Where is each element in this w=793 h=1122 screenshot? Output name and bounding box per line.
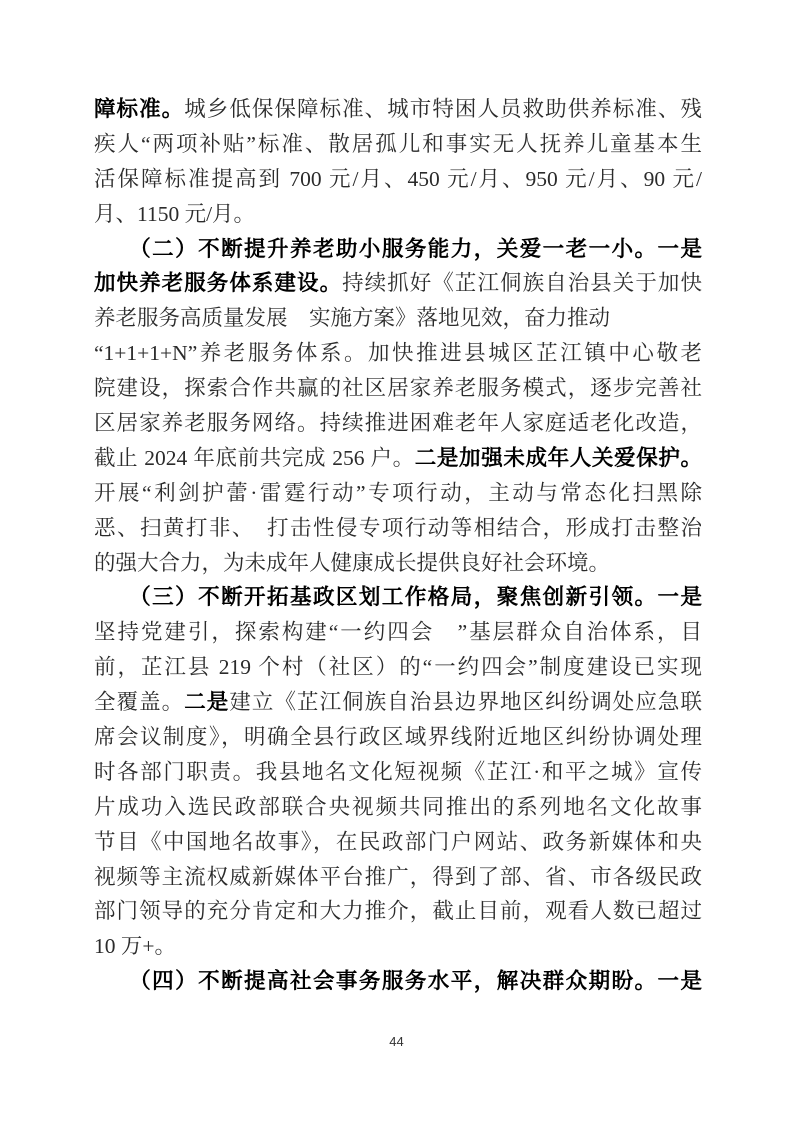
text-run: 时各部门职责。我县地名文化短视频《芷江·和平之城》宣传 bbox=[94, 760, 702, 784]
text-run: 前，芷江县 219 个村（社区）的“一约四会”制度建设已实现 bbox=[94, 655, 702, 679]
text-line: 片成功入选民政部联合央视频共同推出的系列地名文化故事 bbox=[94, 790, 702, 825]
bold-text-run: （三）不断开拓基政区划工作格局，聚焦创新引领。一是 bbox=[94, 585, 702, 609]
text-run: 区居家养老服务网络。持续推进困难老年人家庭适老化改造， bbox=[94, 411, 702, 435]
text-run: 活保障标准提高到 700 元/月、450 元/月、950 元/月、90 元/ bbox=[94, 167, 702, 191]
text-line: （三）不断开拓基政区划工作格局，聚焦创新引领。一是 bbox=[94, 580, 702, 615]
text-run: 开展“利剑护蕾·雷霆行动”专项行动，主动与常态化扫黑除 bbox=[94, 481, 702, 505]
text-run: 建立《芷江侗族自治县边界地区纠纷调处应急联 bbox=[229, 690, 702, 714]
text-line: 活保障标准提高到 700 元/月、450 元/月、950 元/月、90 元/ bbox=[94, 162, 702, 197]
text-run: 片成功入选民政部联合央视频共同推出的系列地名文化故事 bbox=[94, 795, 702, 819]
text-line: 截止 2024 年底前共完成 256 户。二是加强未成年人关爱保护。 bbox=[94, 441, 702, 476]
bold-text-run: （二）不断提升养老助小服务能力，关爱一老一小。一是 bbox=[94, 237, 702, 261]
text-run: 截止 2024 年底前共完成 256 户。 bbox=[94, 446, 415, 470]
text-line: 全覆盖。二是建立《芷江侗族自治县边界地区纠纷调处应急联 bbox=[94, 685, 702, 720]
text-line: 恶、扫黄打非、 打击性侵专项行动等相结合，形成打击整治 bbox=[94, 511, 702, 546]
text-run: 院建设，探索合作共赢的社区居家养老服务模式，逐步完善社 bbox=[94, 376, 702, 400]
text-line: （四）不断提高社会事务服务水平，解决群众期盼。一是 bbox=[94, 964, 702, 999]
text-run: 城乡低保保障标准、城市特困人员救助供养标准、残 bbox=[184, 97, 702, 121]
text-run: 节目《中国地名故事》，在民政部门户网站、政务新媒体和央 bbox=[94, 830, 702, 854]
bold-text-run: 加快养老服务体系建设。 bbox=[94, 271, 342, 295]
text-run: 持续抓好《芷江侗族自治县关于加快 bbox=[342, 271, 702, 295]
text-run: 月、1150 元/月。 bbox=[94, 202, 255, 226]
text-line: （二）不断提升养老助小服务能力，关爱一老一小。一是 bbox=[94, 232, 702, 267]
text-run: 养老服务高质量发展 实施方案》落地见效，奋力推动 bbox=[94, 306, 610, 330]
bold-text-run: 二是 bbox=[184, 690, 229, 714]
text-line: 视频等主流权威新媒体平台推广，得到了部、省、市各级民政 bbox=[94, 860, 702, 895]
text-run: 部门领导的充分肯定和大力推介，截止目前，观看人数已超过 bbox=[94, 899, 702, 923]
text-line: “1+1+1+N”养老服务体系。加快推进县城区芷江镇中心敬老 bbox=[94, 336, 702, 371]
page-number: 44 bbox=[0, 1034, 793, 1049]
document-body: 障标准。城乡低保保障标准、城市特困人员救助供养标准、残疾人“两项补贴”标准、散居… bbox=[94, 92, 702, 999]
bold-text-run: 二是加强未成年人关爱保护。 bbox=[415, 446, 702, 470]
text-line: 开展“利剑护蕾·雷霆行动”专项行动，主动与常态化扫黑除 bbox=[94, 476, 702, 511]
text-line: 部门领导的充分肯定和大力推介，截止目前，观看人数已超过 bbox=[94, 894, 702, 929]
text-line: 时各部门职责。我县地名文化短视频《芷江·和平之城》宣传 bbox=[94, 755, 702, 790]
text-run: 10 万+。 bbox=[94, 934, 176, 958]
text-run: 的强大合力，为未成年人健康成长提供良好社会环境。 bbox=[94, 551, 610, 575]
text-run: 坚持党建引，探索构建“一约四会 ”基层群众自治体系，目 bbox=[94, 620, 702, 644]
text-line: 前，芷江县 219 个村（社区）的“一约四会”制度建设已实现 bbox=[94, 650, 702, 685]
text-line: 院建设，探索合作共赢的社区居家养老服务模式，逐步完善社 bbox=[94, 371, 702, 406]
text-line: 节目《中国地名故事》，在民政部门户网站、政务新媒体和央 bbox=[94, 825, 702, 860]
text-line: 10 万+。 bbox=[94, 929, 702, 964]
text-run: “1+1+1+N”养老服务体系。加快推进县城区芷江镇中心敬老 bbox=[94, 341, 702, 365]
text-line: 加快养老服务体系建设。持续抓好《芷江侗族自治县关于加快 bbox=[94, 266, 702, 301]
text-line: 的强大合力，为未成年人健康成长提供良好社会环境。 bbox=[94, 546, 702, 581]
text-line: 区居家养老服务网络。持续推进困难老年人家庭适老化改造， bbox=[94, 406, 702, 441]
text-line: 月、1150 元/月。 bbox=[94, 197, 702, 232]
text-line: 疾人“两项补贴”标准、散居孤儿和事实无人抚养儿童基本生 bbox=[94, 127, 702, 162]
text-line: 养老服务高质量发展 实施方案》落地见效，奋力推动 bbox=[94, 301, 702, 336]
text-run: 席会议制度》，明确全县行政区域界线附近地区纠纷协调处理 bbox=[94, 725, 702, 749]
text-line: 席会议制度》，明确全县行政区域界线附近地区纠纷协调处理 bbox=[94, 720, 702, 755]
text-run: 恶、扫黄打非、 打击性侵专项行动等相结合，形成打击整治 bbox=[94, 516, 702, 540]
bold-text-run: 障标准。 bbox=[94, 97, 184, 121]
text-line: 坚持党建引，探索构建“一约四会 ”基层群众自治体系，目 bbox=[94, 615, 702, 650]
text-run: 全覆盖。 bbox=[94, 690, 184, 714]
text-run: 疾人“两项补贴”标准、散居孤儿和事实无人抚养儿童基本生 bbox=[94, 132, 702, 156]
text-line: 障标准。城乡低保保障标准、城市特困人员救助供养标准、残 bbox=[94, 92, 702, 127]
bold-text-run: （四）不断提高社会事务服务水平，解决群众期盼。一是 bbox=[94, 969, 702, 993]
text-run: 视频等主流权威新媒体平台推广，得到了部、省、市各级民政 bbox=[94, 865, 702, 889]
document-page: 障标准。城乡低保保障标准、城市特困人员救助供养标准、残疾人“两项补贴”标准、散居… bbox=[0, 0, 793, 1122]
